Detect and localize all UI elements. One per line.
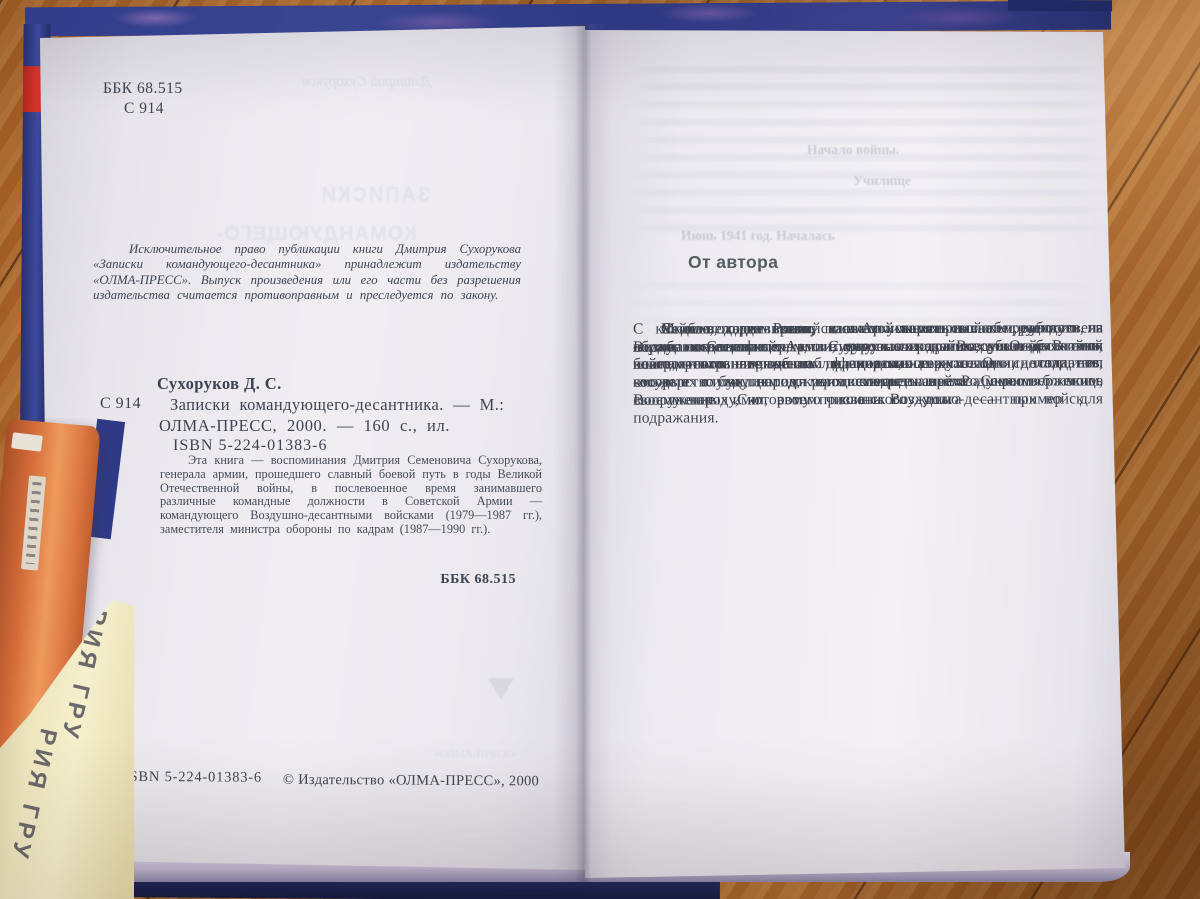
bleedthrough-publisher-name: «ОЛМА-ПРЕСС» (396, 748, 556, 760)
body-text: С каждым годом время, словно ускоряя сво… (633, 319, 1103, 320)
footer-isbn: ISBN 5-224-01383-6 (124, 769, 262, 787)
rights-notice: Исключительное право публикации книги Дм… (93, 242, 521, 303)
bbk-bottom-code: ББК 68.515 (366, 572, 516, 588)
sticker-text-marks (25, 482, 41, 564)
bleedthrough-date-line: Июнь 1941 год. Началась (681, 228, 835, 244)
paragraph: Сейчас, когда Российская Армия испытывае… (633, 319, 1103, 409)
udc-code: С 914 (124, 100, 164, 118)
right-page: Начало войны. Училище Июнь 1941 год. Нач… (585, 30, 1127, 882)
book-cover-corner-edge (1008, 0, 1112, 11)
bleedthrough-section-heading: Училище (853, 173, 911, 189)
cream-book-cover-title: РИЯ ГРУ (4, 726, 62, 865)
section-heading: От автора (688, 252, 778, 273)
bleedthrough-publisher-logo (488, 678, 514, 700)
bleedthrough-title-line1: ЗАПИСКИ (275, 184, 475, 207)
bbk-code: ББК 68.515 (103, 80, 183, 98)
catalog-title-line: Записки командующего-десантника. — М.: (170, 395, 504, 415)
footer-copyright: © Издательство «ОЛМА-ПРЕСС», 2000 (283, 772, 539, 791)
catalog-index: С 914 (100, 395, 141, 413)
gutter-shadow (553, 24, 611, 882)
annotation: Эта книга — воспоминания Дмитрия Семенов… (160, 454, 542, 537)
book-photo: ББК 68.515 С 914 Дмитрий Сухоруков ЗАПИС… (0, 0, 1200, 899)
catalog-publisher-line: ОЛМА-ПРЕСС, 2000. — 160 с., ил. (159, 416, 450, 436)
bleedthrough-chapter-heading: Начало войны. (807, 142, 899, 158)
stacked-books: РИЯ ГРУ РИЯ ГРУ (0, 418, 134, 899)
catalog-author: Сухоруков Д. С. (157, 374, 282, 394)
bleedthrough-author-name: Дмитрий Сухоруков (236, 74, 496, 91)
